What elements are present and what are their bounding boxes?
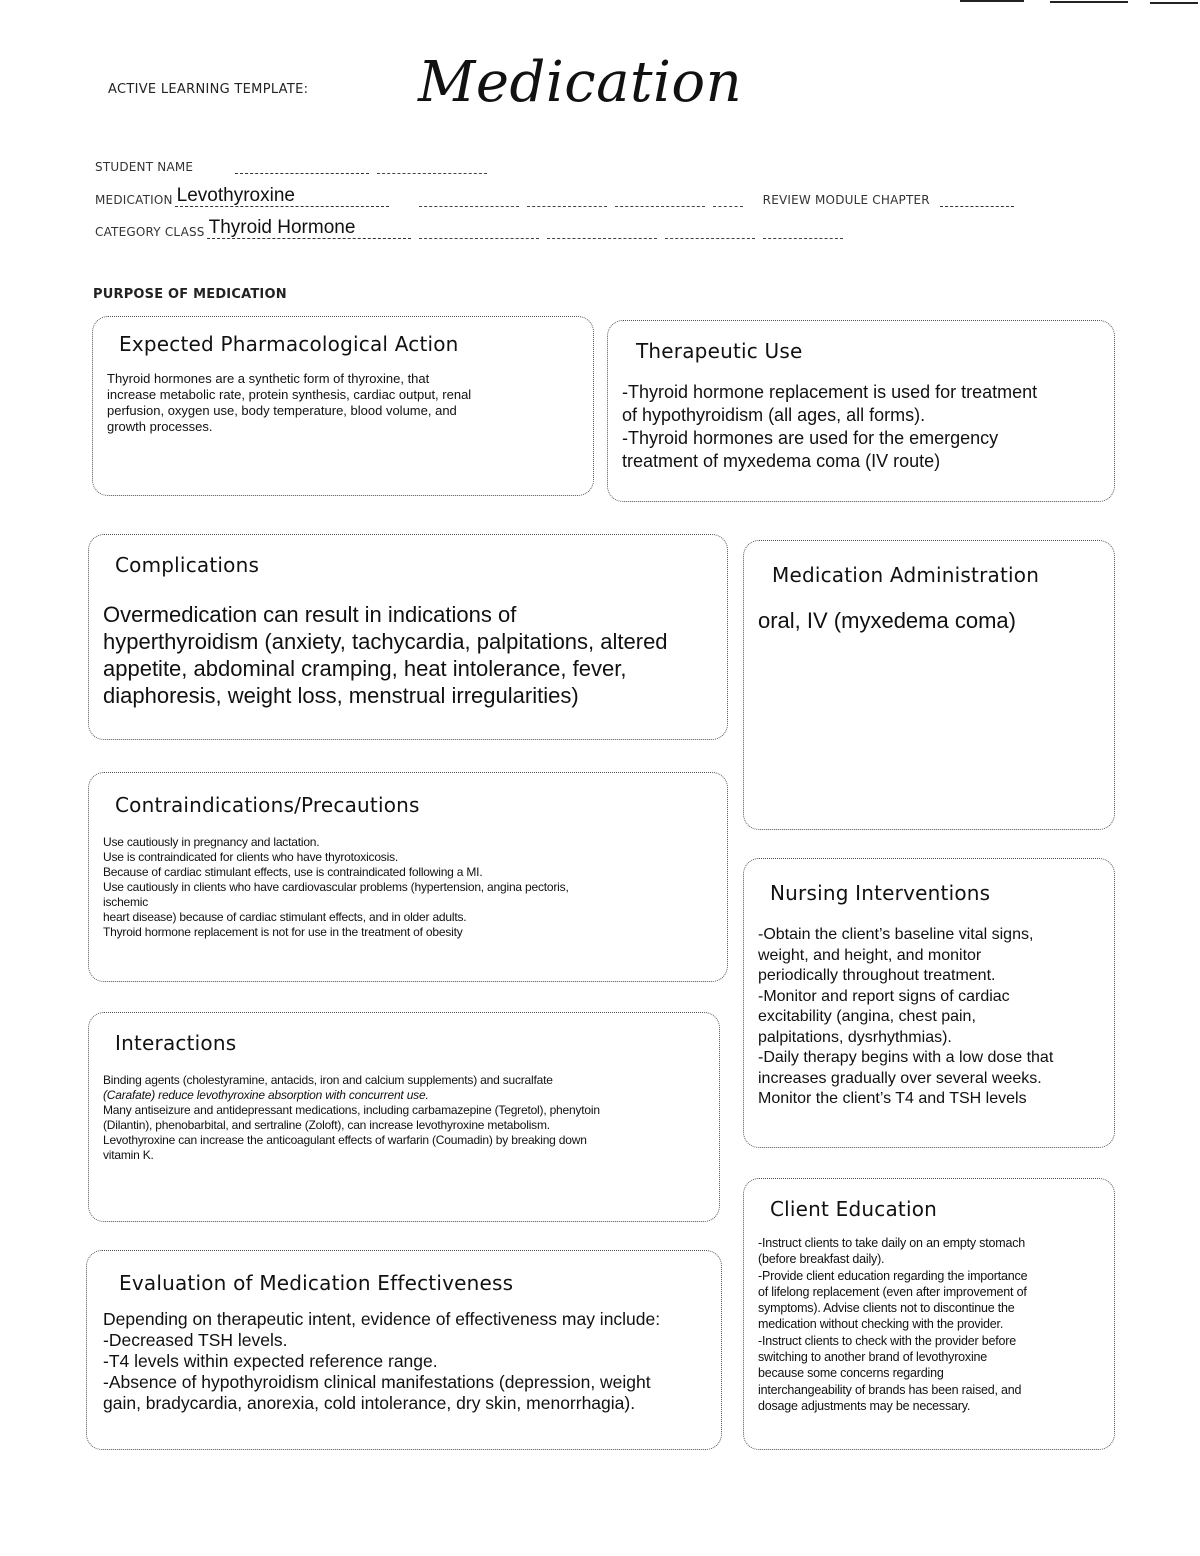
complications-box: Complications Overmedication can result … (88, 534, 728, 740)
client-education-line: switching to another brand of levothyrox… (758, 1349, 1100, 1365)
interactions-line: Levothyroxine can increase the anticoagu… (103, 1133, 705, 1148)
expected-action-line: growth processes. (107, 419, 579, 435)
complications-line: Overmedication can result in indications… (103, 601, 713, 628)
underline (713, 205, 743, 207)
underline (527, 205, 607, 207)
interactions-line: Many antiseizure and antidepressant medi… (103, 1103, 705, 1118)
client-education-line: -Instruct clients to take daily on an em… (758, 1235, 1100, 1251)
nursing-interventions-line: periodically throughout treatment. (758, 966, 1100, 987)
client-education-line: -Instruct clients to check with the prov… (758, 1333, 1100, 1349)
contraindications-line: Thyroid hormone replacement is not for u… (103, 925, 713, 940)
nursing-interventions-line: increases gradually over several weeks. (758, 1069, 1100, 1090)
therapeutic-use-line: treatment of myxedema coma (IV route) (622, 450, 1100, 473)
client-education-line: (before breakfast daily). (758, 1251, 1100, 1267)
therapeutic-use-title: Therapeutic Use (636, 339, 1100, 363)
scan-mark (1150, 2, 1198, 4)
complications-line: appetite, abdominal cramping, heat intol… (103, 655, 713, 682)
complications-line: diaphoresis, weight loss, menstrual irre… (103, 682, 713, 709)
interactions-line: (Carafate) reduce levothyroxine absorpti… (103, 1088, 705, 1103)
underline (763, 237, 843, 239)
contraindications-line: Because of cardiac stimulant effects, us… (103, 865, 713, 880)
underline (615, 205, 705, 207)
template-label: ACTIVE LEARNING TEMPLATE: (108, 82, 308, 97)
client-education-line: -Provide client education regarding the … (758, 1268, 1100, 1284)
category-class-row: CATEGORY CLASS Thyroid Hormone (95, 218, 843, 239)
nursing-interventions-line: Monitor the client’s T4 and TSH levels (758, 1089, 1100, 1110)
nursing-interventions-line: palpitations, dysrhythmias). (758, 1028, 1100, 1049)
contraindications-line: heart disease) because of cardiac stimul… (103, 910, 713, 925)
interactions-line: (Dilantin), phenobarbital, and sertralin… (103, 1118, 705, 1133)
expected-action-title: Expected Pharmacological Action (119, 332, 579, 356)
underline (547, 237, 657, 239)
expected-action-box: Expected Pharmacological Action Thyroid … (92, 316, 594, 496)
therapeutic-use-line: -Thyroid hormones are used for the emerg… (622, 427, 1100, 450)
evaluation-line: gain, bradycardia, anorexia, cold intole… (103, 1393, 707, 1414)
evaluation-title: Evaluation of Medication Effectiveness (119, 1271, 707, 1295)
contraindications-box: Contraindications/Precautions Use cautio… (88, 772, 728, 982)
client-education-line: symptoms). Advise clients not to discont… (758, 1300, 1100, 1316)
contraindications-line: Use is contraindicated for clients who h… (103, 850, 713, 865)
medication-administration-line: oral, IV (myxedema coma) (758, 607, 1100, 634)
medication-administration-title: Medication Administration (772, 563, 1100, 587)
review-module-field[interactable] (940, 206, 1014, 207)
client-education-line: of lifelong replacement (even after impr… (758, 1284, 1100, 1300)
nursing-interventions-line: weight, and height, and monitor (758, 946, 1100, 967)
contraindications-title: Contraindications/Precautions (115, 793, 713, 817)
complications-line: hyperthyroidism (anxiety, tachycardia, p… (103, 628, 713, 655)
nursing-interventions-title: Nursing Interventions (770, 881, 1100, 905)
page-title: Medication (418, 50, 742, 115)
medication-field[interactable]: Levothyroxine (175, 186, 389, 207)
interactions-line: vitamin K. (103, 1148, 705, 1163)
nursing-interventions-line: -Obtain the client’s baseline vital sign… (758, 925, 1100, 946)
client-education-line: interchangeability of brands has been ra… (758, 1382, 1100, 1398)
client-education-line: because some concerns regarding (758, 1365, 1100, 1381)
underline (377, 172, 487, 174)
student-name-row: STUDENT NAME (95, 160, 487, 174)
student-name-field[interactable] (235, 173, 369, 174)
medication-administration-box: Medication Administration oral, IV (myxe… (743, 540, 1115, 830)
client-education-line: medication without checking with the pro… (758, 1316, 1100, 1332)
client-education-title: Client Education (770, 1197, 1100, 1221)
nursing-interventions-line: excitability (angina, chest pain, (758, 1007, 1100, 1028)
interactions-line: Binding agents (cholestyramine, antacids… (103, 1073, 705, 1088)
interactions-title: Interactions (115, 1031, 705, 1055)
category-class-field[interactable]: Thyroid Hormone (207, 218, 411, 239)
medication-label: MEDICATION (95, 193, 173, 207)
client-education-line: dosage adjustments may be necessary. (758, 1398, 1100, 1414)
category-class-label: CATEGORY CLASS (95, 225, 205, 239)
therapeutic-use-line: of hypothyroidism (all ages, all forms). (622, 404, 1100, 427)
evaluation-box: Evaluation of Medication Effectiveness D… (86, 1250, 722, 1450)
evaluation-line: -Decreased TSH levels. (103, 1330, 707, 1351)
client-education-box: Client Education -Instruct clients to ta… (743, 1178, 1115, 1450)
interactions-box: Interactions Binding agents (cholestyram… (88, 1012, 720, 1222)
scan-mark (960, 0, 1024, 2)
therapeutic-use-box: Therapeutic Use -Thyroid hormone replace… (607, 320, 1115, 502)
contraindications-line: Use cautiously in clients who have cardi… (103, 880, 713, 895)
scan-mark (1050, 1, 1128, 3)
evaluation-line: -Absence of hypothyroidism clinical mani… (103, 1372, 707, 1393)
student-name-label: STUDENT NAME (95, 160, 193, 174)
nursing-interventions-line: -Monitor and report signs of cardiac (758, 987, 1100, 1008)
underline (419, 237, 539, 239)
evaluation-line: -T4 levels within expected reference ran… (103, 1351, 707, 1372)
purpose-label: PURPOSE OF MEDICATION (93, 287, 287, 302)
expected-action-line: Thyroid hormones are a synthetic form of… (107, 371, 579, 387)
therapeutic-use-line: -Thyroid hormone replacement is used for… (622, 381, 1100, 404)
nursing-interventions-line: -Daily therapy begins with a low dose th… (758, 1048, 1100, 1069)
contraindications-line: Use cautiously in pregnancy and lactatio… (103, 835, 713, 850)
contraindications-line: ischemic (103, 895, 713, 910)
medication-row: MEDICATION Levothyroxine REVIEW MODULE C… (95, 186, 1014, 207)
complications-title: Complications (115, 553, 713, 577)
evaluation-line: Depending on therapeutic intent, evidenc… (103, 1309, 707, 1330)
underline (665, 237, 755, 239)
expected-action-line: increase metabolic rate, protein synthes… (107, 387, 579, 403)
underline (419, 205, 519, 207)
review-module-label: REVIEW MODULE CHAPTER (763, 193, 930, 207)
nursing-interventions-box: Nursing Interventions -Obtain the client… (743, 858, 1115, 1148)
expected-action-line: perfusion, oxygen use, body temperature,… (107, 403, 579, 419)
